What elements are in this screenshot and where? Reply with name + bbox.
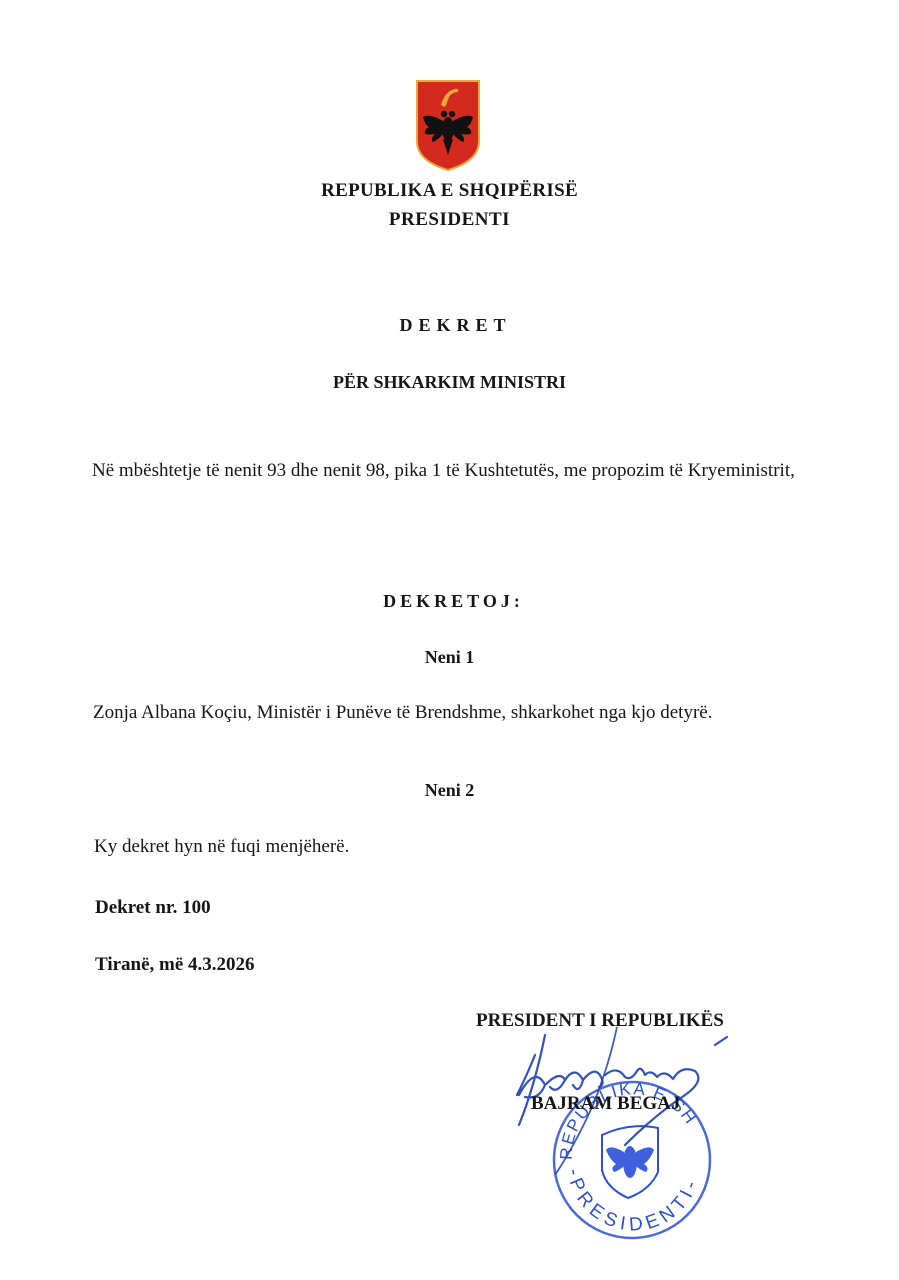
preamble-text: Në mbështetje të nenit 93 dhe nenit 98, … — [92, 456, 804, 485]
article-2-heading: Neni 2 — [0, 780, 899, 801]
signatory-name: BAJRAM BEGAJ — [531, 1093, 680, 1115]
article-1-heading: Neni 1 — [0, 647, 899, 668]
svg-text:-PRESIDENTI-: -PRESIDENTI- — [563, 1167, 704, 1236]
article-2-text: Ky dekret hyn në fuqi menjëherë. — [94, 836, 349, 858]
albanian-coat-of-arms-icon — [415, 79, 481, 172]
decree-number: Dekret nr. 100 — [95, 897, 211, 919]
header-republic: REPUBLIKA E SHQIPËRISË — [0, 180, 899, 202]
article-1-text: Zonja Albana Koçiu, Ministër i Punëve të… — [93, 702, 712, 724]
document-title: DEKRET — [0, 315, 899, 336]
header-president: PRESIDENTI — [0, 209, 899, 231]
document-subtitle: PËR SHKARKIM MINISTRI — [0, 372, 899, 393]
stamp-bottom-text: -PRESIDENTI- — [563, 1167, 704, 1236]
decree-heading: DEKRETOJ: — [0, 591, 899, 612]
place-date: Tiranë, më 4.3.2026 — [95, 954, 255, 976]
